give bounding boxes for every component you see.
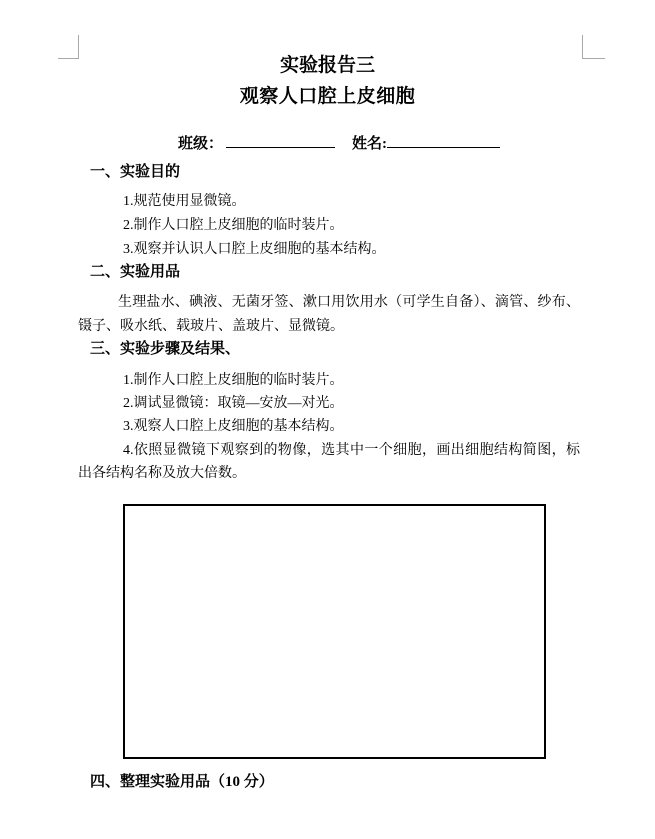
name-label: 姓名:	[352, 136, 387, 152]
list-item: 4.依照显微镜下观察到的物像，选其中一个细胞，画出细胞结构简图，标出各结构名称及…	[78, 439, 580, 485]
name-blank-field[interactable]	[387, 132, 500, 148]
list-item: 2.制作人口腔上皮细胞的临时装片。	[78, 214, 580, 238]
list-item: 1.规范使用显微镜。	[78, 190, 580, 214]
section-heading-steps: 三、实验步骤及结果、	[90, 339, 240, 359]
list-item: 2.调试显微镜：取镜—安放—对光。	[78, 392, 580, 415]
class-label: 班级：	[178, 136, 223, 152]
cell-drawing-box[interactable]	[123, 504, 546, 759]
purpose-item-list: 1.规范使用显微镜。 2.制作人口腔上皮细胞的临时装片。 3.观察并认识人口腔上…	[78, 190, 580, 262]
class-name-row: 班级：姓名:	[178, 132, 500, 154]
section-heading-cleanup: 四、整理实验用品（10 分）	[90, 772, 274, 792]
document-subtitle: 观察人口腔上皮细胞	[0, 85, 655, 109]
section-heading-purpose: 一、实验目的	[90, 162, 180, 182]
list-item: 3.观察并认识人口腔上皮细胞的基本结构。	[78, 238, 580, 262]
section-heading-supplies: 二、实验用品	[90, 262, 180, 282]
list-item: 1.制作人口腔上皮细胞的临时装片。	[78, 369, 580, 392]
supplies-paragraph: 生理盐水、碘液、无菌牙签、漱口用饮用水（可学生自备）、滴管、纱布、镊子、吸水纸、…	[78, 291, 580, 338]
list-item: 3.观察人口腔上皮细胞的基本结构。	[78, 415, 580, 438]
steps-item-list: 1.制作人口腔上皮细胞的临时装片。 2.调试显微镜：取镜—安放—对光。 3.观察…	[78, 369, 580, 485]
class-blank-field[interactable]	[226, 132, 335, 148]
document-page: 实验报告三 观察人口腔上皮细胞 班级：姓名: 一、实验目的 1.规范使用显微镜。…	[0, 0, 655, 839]
document-title: 实验报告三	[0, 55, 655, 77]
